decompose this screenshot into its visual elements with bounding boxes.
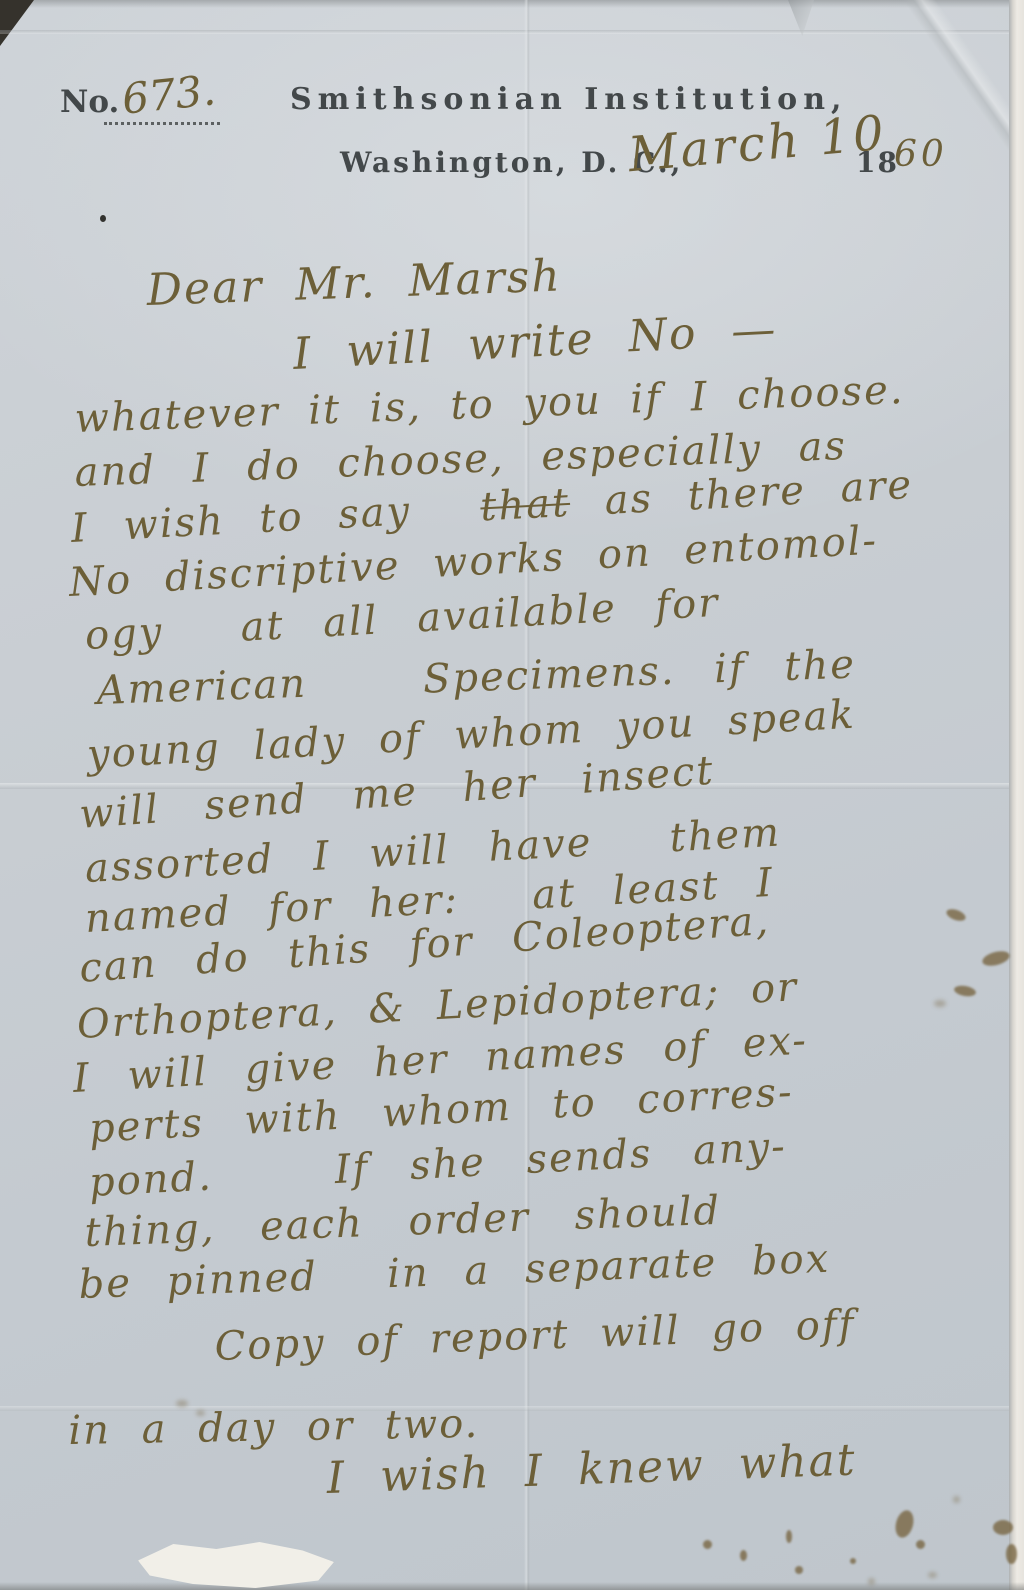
fold-crease-top [0, 30, 1010, 34]
handwritten-line: I will write No — [292, 307, 778, 378]
ink-spatter [1006, 1544, 1017, 1564]
ink-spatter [868, 1578, 875, 1585]
ink-spatter [740, 1550, 747, 1561]
ink-spatter [850, 1558, 856, 1564]
paper: No. 673. Smithsonian Institution, Washin… [0, 0, 1024, 1590]
ink-spatter [703, 1540, 712, 1549]
year-suffix-handwritten: 60 [894, 134, 948, 175]
paper-top-edge [0, 0, 1010, 8]
paper-tear [138, 1538, 334, 1588]
form-number-value-handwritten: 673. [120, 65, 218, 124]
scan-background-corner [0, 0, 34, 46]
ink-spatter [953, 1496, 960, 1503]
handwritten-line: Copy of report will go off [214, 1304, 856, 1368]
institution-name: Smithsonian Institution, [290, 82, 847, 117]
ink-dot [100, 215, 106, 222]
letter-page: No. 673. Smithsonian Institution, Washin… [0, 0, 1024, 1590]
ink-stain [945, 907, 967, 923]
year-prefix-printed: 18 [856, 146, 899, 179]
ink-spatter [993, 1520, 1013, 1535]
handwritten-line: in a day or two. [68, 1403, 480, 1452]
ink-spatter [928, 1572, 937, 1578]
ink-stain [934, 1000, 946, 1007]
ink-stain [981, 949, 1011, 969]
ink-spatter [893, 1508, 917, 1539]
paper-right-edge [1009, 0, 1024, 1590]
ink-spatter [795, 1566, 803, 1574]
ink-spatter [916, 1540, 925, 1549]
handwritten-line: Dear Mr. Marsh [146, 254, 562, 315]
ink-spatter [786, 1530, 792, 1543]
ink-stain [953, 984, 976, 998]
